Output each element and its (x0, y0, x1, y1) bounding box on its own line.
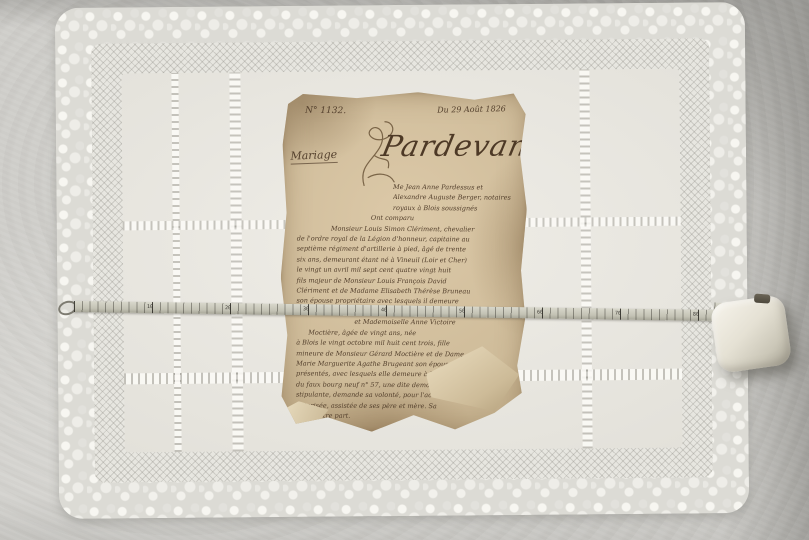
manuscript-line: Ont comparu (371, 213, 518, 224)
document-date: Du 29 Août 1826 (437, 104, 506, 114)
manuscript-line: Alexandre Auguste Berger, notaires (393, 192, 518, 203)
openwork-strip-vertical (229, 72, 243, 451)
tape-measure-case (709, 294, 792, 374)
manuscript-line: à Blois le vingt octobre mil huit cent t… (296, 338, 517, 350)
tape-number: 10 (147, 304, 153, 310)
tape-number: 60 (537, 309, 543, 315)
document-title-pardevant: Pardevant (379, 129, 545, 163)
margin-note-mariage: Mariage (290, 148, 337, 165)
tape-case-metal-clip (754, 294, 771, 304)
manuscript-line: le vingt un avril mil sept cent quatre v… (297, 265, 518, 277)
tape-number: 20 (225, 305, 231, 311)
tape-number: 80 (693, 312, 699, 318)
manuscript-document: N° 1132. Du 29 Août 1826 Mariage Pardeva… (279, 90, 529, 433)
openwork-strip-vertical (579, 69, 592, 448)
manuscript-line: royaux à Blois soussignés (393, 203, 518, 214)
document-number: N° 1132. (305, 106, 346, 117)
tape-tick-marks: 10 20 30 40 50 60 70 80 (74, 301, 714, 321)
tape-number: 30 (303, 306, 309, 312)
openwork-strip-vertical (171, 73, 181, 452)
measuring-tape: 10 20 30 40 50 60 70 80 (58, 293, 758, 337)
tape-number: 40 (381, 307, 387, 313)
manuscript-line: Me Jean Anne Pardessus et (393, 182, 518, 193)
tape-number: 50 (459, 308, 465, 314)
tape-number: 70 (615, 311, 621, 317)
